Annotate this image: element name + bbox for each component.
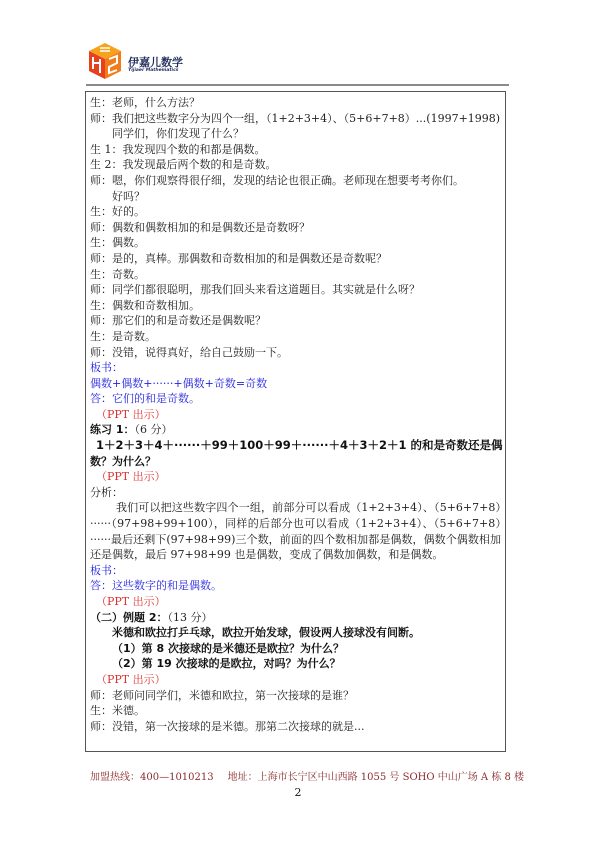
speaker: 师：	[90, 689, 112, 702]
utterance: 好的。	[112, 205, 145, 218]
speaker: 生：	[90, 236, 112, 249]
dialogue-line: 师：老师问同学们，米德和欧拉，第一次接球的是谁？	[90, 688, 501, 704]
page-footer: 加盟热线：400—1010213地址：上海市长宁区中山西路 1055 号 SOH…	[90, 768, 510, 783]
speaker: 生：	[90, 704, 112, 717]
franchise-hotline: 加盟热线：400—1010213	[90, 772, 214, 783]
example-title: （二）例题 2：	[90, 611, 167, 624]
dialogue-line: 生：偶数和奇数相加。	[90, 298, 501, 314]
board-label: 板书：	[90, 563, 501, 579]
speaker: 生 1：	[90, 143, 123, 156]
analysis-paragraph: 我们可以把这些数字四个一组，前部分可以看成（1+2+3+4）、（5+6+7+8）…	[90, 500, 501, 562]
example-problem: 米德和欧拉打乒乓球，欧拉开始发球，假设两人接球没有间断。	[90, 625, 501, 641]
utterance: 好吗？	[112, 190, 145, 203]
dialogue-line: 生：奇数。	[90, 267, 501, 283]
board-answer: 答：它们的和是奇数。	[90, 391, 501, 407]
dialogue-line-continued: 好吗？	[90, 189, 501, 205]
dialogue-line-continued: 同学们，你们发现了什么？	[90, 126, 501, 142]
utterance: 同学们都很聪明，那我们回头来看这道题目。其实就是什么呀？	[112, 283, 420, 296]
dialogue-line: 生：好的。	[90, 204, 501, 220]
utterance: 那它们的和是奇数还是偶数呢？	[112, 314, 266, 327]
utterance: 嗯，你们观察得很仔细，发现的结论也很正确。老师现在想要考考你们。	[112, 174, 464, 187]
speaker: 师：	[90, 720, 112, 733]
utterance: 偶数。	[112, 236, 145, 249]
exercise-1-heading: 练习 1：（6 分）	[90, 422, 501, 438]
dialogue-line: 生：偶数。	[90, 235, 501, 251]
company-logo: 伊嘉儿数学 Yijiaer Mathematics	[88, 42, 198, 82]
speaker: 师：	[90, 174, 112, 187]
dialogue-line: 生：米德。	[90, 703, 501, 719]
exercise-title: 练习 1：	[90, 423, 134, 436]
dialogue-line: 师：那它们的和是奇数还是偶数呢？	[90, 313, 501, 329]
exercise-question-line-2: 数？为什么？	[90, 454, 501, 470]
speaker: 生：	[90, 96, 112, 109]
utterance: 是奇数。	[112, 330, 156, 343]
dialogue-line: 师：偶数和偶数相加的和是偶数还是奇数呀？	[90, 220, 501, 236]
logo-english-name: Yijiaer Mathematics	[128, 68, 178, 73]
ppt-note: （PPT 出示）	[90, 594, 501, 610]
example-points: （13 分）	[167, 611, 212, 624]
utterance: 没错，第一次接球的是米德。那第二次接球的就是...	[112, 720, 365, 733]
utterance: 我发现最后两个数的和是奇数。	[123, 158, 277, 171]
analysis-label: 分析：	[90, 485, 501, 501]
speaker: 生：	[90, 330, 112, 343]
example-question-2: （2）第 19 次接球的是欧拉，对吗？为什么？	[90, 656, 501, 672]
utterance: 奇数。	[112, 268, 145, 281]
dialogue-line: 师：同学们都很聪明，那我们回头来看这道题目。其实就是什么呀？	[90, 282, 501, 298]
speaker: 师：	[90, 314, 112, 327]
example-question-1: （1）第 8 次接球的是米德还是欧拉？为什么？	[90, 641, 501, 657]
speaker: 师：	[90, 112, 112, 125]
board-formula: 偶数+偶数+······+偶数+奇数=奇数	[90, 376, 501, 392]
speaker: 师：	[90, 346, 112, 359]
dialogue-line: 生 2：我发现最后两个数的和是奇数。	[90, 157, 501, 173]
lesson-content-box: 生：老师，什么方法？ 师：我们把这些数字分为四个一组，（1+2+3+4）、（5+…	[85, 91, 506, 752]
speaker: 师：	[90, 252, 112, 265]
speaker: 生 2：	[90, 158, 123, 171]
utterance: 偶数和偶数相加的和是偶数还是奇数呀？	[112, 221, 310, 234]
utterance: 我发现四个数的和都是偶数。	[123, 143, 266, 156]
speaker: 生：	[90, 268, 112, 281]
utterance: 老师问同学们，米德和欧拉，第一次接球的是谁？	[112, 689, 354, 702]
speaker: 生：	[90, 299, 112, 312]
utterance: 老师，什么方法？	[112, 96, 200, 109]
ppt-note: （PPT 出示）	[90, 672, 501, 688]
utterance: 同学们，你们发现了什么？	[112, 127, 244, 140]
utterance: 偶数和奇数相加。	[112, 299, 200, 312]
utterance: 米德。	[112, 704, 145, 717]
dialogue-line: 师：我们把这些数字分为四个一组，（1+2+3+4）、（5+6+7+8）...(1…	[90, 111, 501, 127]
dialogue-line: 师：嗯，你们观察得很仔细，发现的结论也很正确。老师现在想要考考你们。	[90, 173, 501, 189]
dialogue-line: 生：老师，什么方法？	[90, 95, 501, 111]
dialogue-line: 生 1：我发现四个数的和都是偶数。	[90, 142, 501, 158]
speaker: 生：	[90, 205, 112, 218]
exercise-points: （6 分）	[134, 423, 172, 436]
speaker: 师：	[90, 221, 112, 234]
example-2-heading: （二）例题 2：（13 分）	[90, 610, 501, 626]
ppt-note: （PPT 出示）	[90, 407, 501, 423]
company-address: 地址：上海市长宁区中山西路 1055 号 SOHO 中山广场 A 栋 8 楼	[228, 772, 524, 783]
dialogue-line: 师：是的，真棒。那偶数和奇数相加的和是偶数还是奇数呢？	[90, 251, 501, 267]
dialogue-line: 师：没错，第一次接球的是米德。那第二次接球的就是...	[90, 719, 501, 735]
board-label: 板书：	[90, 360, 501, 376]
ppt-note: （PPT 出示）	[90, 469, 501, 485]
utterance: 是的，真棒。那偶数和奇数相加的和是偶数还是奇数呢？	[112, 252, 387, 265]
utterance: 没错，说得真好，给自己鼓励一下。	[112, 346, 288, 359]
board-answer: 答：这些数字的和是偶数。	[90, 578, 501, 594]
header-divider	[86, 84, 509, 86]
cube-logo-icon	[88, 42, 122, 80]
exercise-question-line-1: 1＋2＋3＋4＋······＋99＋100＋99＋······＋4＋3＋2＋1 …	[90, 438, 501, 454]
dialogue-line: 师：没错，说得真好，给自己鼓励一下。	[90, 345, 501, 361]
dialogue-line: 生：是奇数。	[90, 329, 501, 345]
page-number: 2	[0, 786, 596, 799]
speaker: 师：	[90, 283, 112, 296]
utterance: 我们把这些数字分为四个一组，（1+2+3+4）、（5+6+7+8）...(199…	[112, 112, 500, 125]
